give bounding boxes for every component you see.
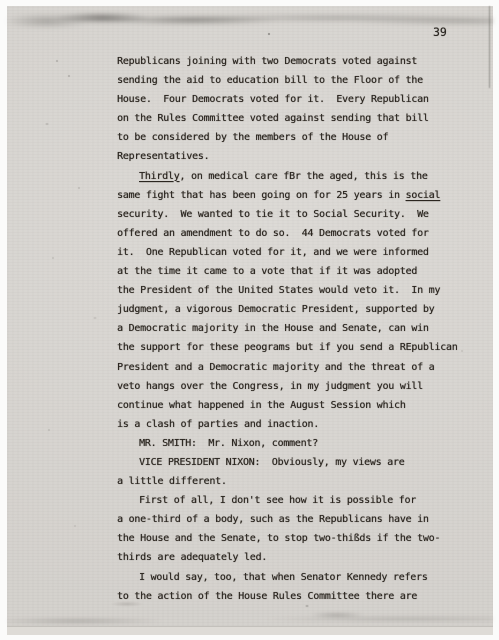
scan-frame: 39 Republicans joining with two Democrat… xyxy=(0,0,499,640)
transcript-line: it. One Republican voted for it, and we … xyxy=(117,243,479,262)
transcript-line: the President of the United States would… xyxy=(117,281,479,300)
transcript-line: Representatives. xyxy=(117,147,479,166)
transcript-line: House. Four Democrats voted for it. Ever… xyxy=(117,90,479,109)
transcript-line: sending the aid to education bill to the… xyxy=(117,71,479,90)
transcript-line: First of all, I don't see how it is poss… xyxy=(117,491,479,510)
transcript-line: Republicans joining with two Democrats v… xyxy=(117,52,479,71)
transcript-line: same fight that has been going on for 25… xyxy=(117,186,479,205)
transcript-line: to the action of the House Rules Committ… xyxy=(117,587,479,606)
scan-bottom-edge xyxy=(7,626,493,635)
transcript-line: MR. SMITH: Mr. Nixon, comment? xyxy=(117,434,479,453)
transcript-line: thirds are adequately led. xyxy=(117,548,479,567)
page-number: 39 xyxy=(433,25,447,39)
transcript-line: the House and the Senate, to stop two-th… xyxy=(117,529,479,548)
transcript-line: VICE PRESIDENT NIXON: Obviously, my view… xyxy=(117,453,479,472)
transcript-line: a little different. xyxy=(117,472,479,491)
page-edge-line xyxy=(489,6,490,88)
transcript-line: security. We wanted to tie it to Social … xyxy=(117,205,479,224)
transcript-line: offered an amendment to do so. 44 Democr… xyxy=(117,224,479,243)
transcript-line: judgment, a vigorous Democratic Presiden… xyxy=(117,300,479,319)
transcript-line: President and a Democratic majority and … xyxy=(117,358,479,377)
underlined-word: Thirdly xyxy=(139,171,179,182)
transcript-line: on the Rules Committee voted against sen… xyxy=(117,109,479,128)
transcript-line: the support for these peograms but if yo… xyxy=(117,338,479,357)
transcript-line: a Democratic majority in the House and S… xyxy=(117,319,479,338)
document-page: 39 Republicans joining with two Democrat… xyxy=(7,6,493,635)
transcript-line: is a clash of parties and inaction. xyxy=(117,415,479,434)
transcript-line: at the time it came to a vote that if it… xyxy=(117,262,479,281)
underlined-word: social xyxy=(406,190,441,201)
transcript-line: I would say, too, that when Senator Kenn… xyxy=(117,568,479,587)
transcript-line: a one-third of a body, such as the Repub… xyxy=(117,510,479,529)
transcript-body: Republicans joining with two Democrats v… xyxy=(117,52,479,606)
transcript-line: continue what happened in the August Ses… xyxy=(117,396,479,415)
transcript-line: Thirdly, on medical care fBr the aged, t… xyxy=(117,167,479,186)
transcript-line: to be considered by the members of the H… xyxy=(117,128,479,147)
transcript-line: veto hangs over the Congress, in my judg… xyxy=(117,377,479,396)
